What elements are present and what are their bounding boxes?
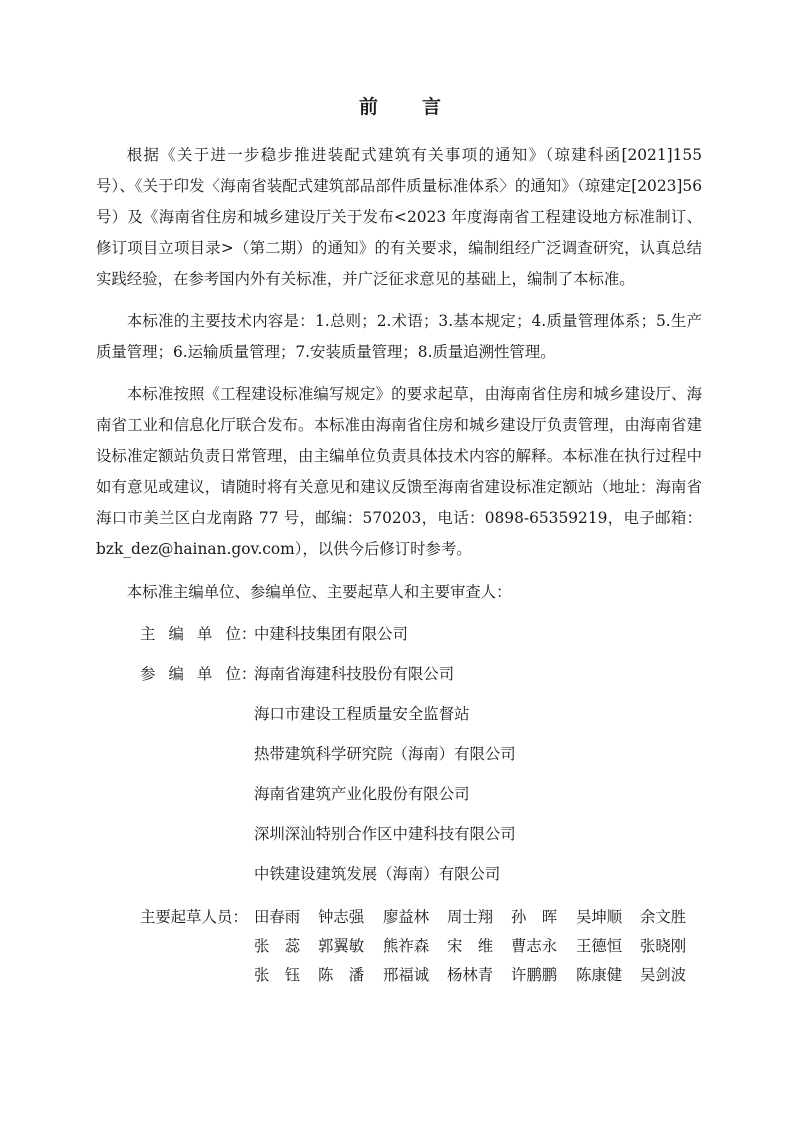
participating-units-label: 参编单位：	[140, 662, 256, 684]
participating-unit: 海南省海建科技股份有限公司	[254, 662, 454, 684]
drafter-name: 熊祚森	[383, 934, 429, 956]
drafter-name: 张 蕊	[254, 934, 300, 956]
chief-unit-value: 中建科技集团有限公司	[254, 622, 408, 644]
drafter-name: 张晓刚	[640, 934, 686, 956]
paragraph-background: 根据《关于进一步稳步推进装配式建筑有关事项的通知》（琼建科函[2021]155 …	[96, 140, 702, 295]
paragraph-technical-content: 本标准的主要技术内容是：1.总则；2.术语；3.基本规定；4.质量管理体系；5.…	[96, 306, 702, 368]
drafter-name: 吴坤顺	[576, 905, 622, 927]
drafters-label: 主要起草人员：	[140, 905, 248, 927]
participating-unit: 深圳深汕特别合作区中建科技有限公司	[254, 822, 516, 844]
drafter-name: 郭翼敏	[318, 934, 364, 956]
drafter-name: 张 钰	[254, 963, 300, 985]
drafter-name: 邢福诚	[383, 963, 429, 985]
paragraph-drafting-management: 本标准按照《工程建设标准编写规定》的要求起草，由海南省住房和城乡建设厅、海南省工…	[96, 379, 702, 565]
drafter-name: 廖益林	[383, 905, 429, 927]
participating-unit: 海南省建筑产业化股份有限公司	[254, 782, 469, 804]
chief-unit-label: 主编单位：	[140, 622, 256, 644]
drafter-name: 田春雨	[254, 905, 300, 927]
participating-unit: 热带建筑科学研究院（海南）有限公司	[254, 742, 516, 764]
drafter-name: 宋 维	[447, 934, 493, 956]
drafter-name: 孙 晖	[511, 905, 557, 927]
participating-unit: 中铁建设建筑发展（海南）有限公司	[254, 862, 500, 884]
drafter-name: 吴剑波	[640, 963, 686, 985]
drafter-name: 王德恒	[576, 934, 622, 956]
participating-unit: 海口市建设工程质量安全监督站	[254, 702, 469, 724]
drafter-name: 钟志强	[318, 905, 364, 927]
drafter-name: 许鹏鹏	[511, 963, 557, 985]
page-title: 前言	[0, 92, 800, 119]
title-char-1: 前	[359, 92, 378, 119]
drafter-name: 陈 潘	[318, 963, 364, 985]
paragraph-text: 本标准按照《工程建设标准编写规定》的要求起草，由海南省住房和城乡建设厅、海南省工…	[96, 379, 702, 565]
paragraph-units-intro: 本标准主编单位、参编单位、主要起草人和主要审查人：	[96, 577, 702, 608]
document-page: 前言 根据《关于进一步稳步推进装配式建筑有关事项的通知》（琼建科函[2021]1…	[0, 0, 800, 1132]
paragraph-text: 本标准主编单位、参编单位、主要起草人和主要审查人：	[96, 577, 702, 608]
drafter-name: 曹志永	[511, 934, 557, 956]
drafter-name: 陈康健	[576, 963, 622, 985]
paragraph-text: 本标准的主要技术内容是：1.总则；2.术语；3.基本规定；4.质量管理体系；5.…	[96, 306, 702, 368]
title-char-2: 言	[422, 92, 441, 119]
paragraph-text: 根据《关于进一步稳步推进装配式建筑有关事项的通知》（琼建科函[2021]155 …	[96, 140, 702, 295]
drafter-name: 周士翔	[447, 905, 493, 927]
drafter-name: 余文胜	[640, 905, 686, 927]
drafter-name: 杨林青	[447, 963, 493, 985]
